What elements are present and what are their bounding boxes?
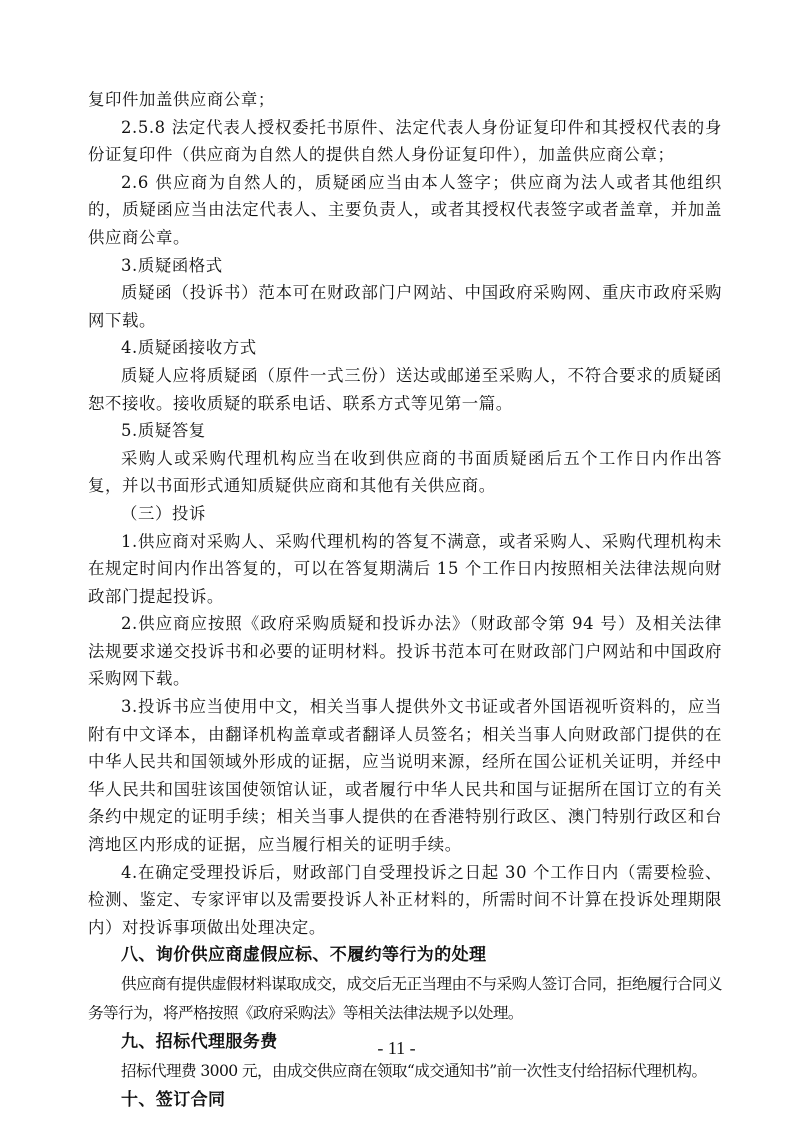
paragraph-query-reply: 采购人或采购代理机构应当在收到供应商的书面质疑函后五个工作日内作出答复，并以书面…	[88, 445, 722, 500]
paragraph-2-5-8: 2.5.8 法定代表人授权委托书原件、法定代表人身份证复印件和其授权代表的身份证…	[88, 114, 722, 169]
paragraph-complaint-2: 2.供应商应按照《政府采购质疑和投诉办法》（财政部令第 94 号）及相关法律法规…	[88, 610, 722, 693]
section-8-heading: 八、询价供应商虚假应标、不履约等行为的处理	[88, 941, 722, 970]
subheading-query-format: 3.质疑函格式	[88, 252, 722, 280]
paragraph-complaint-4: 4.在确定受理投诉后，财政部门自受理投诉之日起 30 个工作日内（需要检验、检测…	[88, 859, 722, 942]
section-8-body: 供应商有提供虚假材料谋取成交，成交后无正当理由不与采购人签订合同，拒绝履行合同义…	[88, 970, 722, 1028]
paragraph-complaint-3: 3.投诉书应当使用中文，相关当事人提供外文书证或者外国语视听资料的，应当附有中文…	[88, 693, 722, 859]
paragraph-query-receipt: 质疑人应将质疑函（原件一式三份）送达或邮递至采购人，不符合要求的质疑函恕不接收。…	[88, 362, 722, 417]
page-number: - 11 -	[0, 1038, 793, 1059]
section-10-heading: 十、签订合同	[88, 1086, 722, 1115]
subheading-complaint: （三）投诉	[88, 500, 722, 528]
paragraph-query-format: 质疑函（投诉书）范本可在财政部门户网站、中国政府采购网、重庆市政府采购网下载。	[88, 279, 722, 334]
paragraph-continuation: 复印件加盖供应商公章；	[88, 86, 722, 114]
subheading-query-receipt: 4.质疑函接收方式	[88, 334, 722, 362]
paragraph-complaint-1: 1.供应商对采购人、采购代理机构的答复不满意，或者采购人、采购代理机构未在规定时…	[88, 528, 722, 611]
paragraph-2-6: 2.6 供应商为自然人的，质疑函应当由本人签字；供应商为法人或者其他组织的，质疑…	[88, 169, 722, 252]
document-page: 复印件加盖供应商公章； 2.5.8 法定代表人授权委托书原件、法定代表人身份证复…	[88, 86, 722, 1115]
section-9-body: 招标代理费 3000 元，由成交供应商在领取“成交通知书”前一次性支付给招标代理…	[88, 1057, 722, 1086]
subheading-query-reply: 5.质疑答复	[88, 417, 722, 445]
